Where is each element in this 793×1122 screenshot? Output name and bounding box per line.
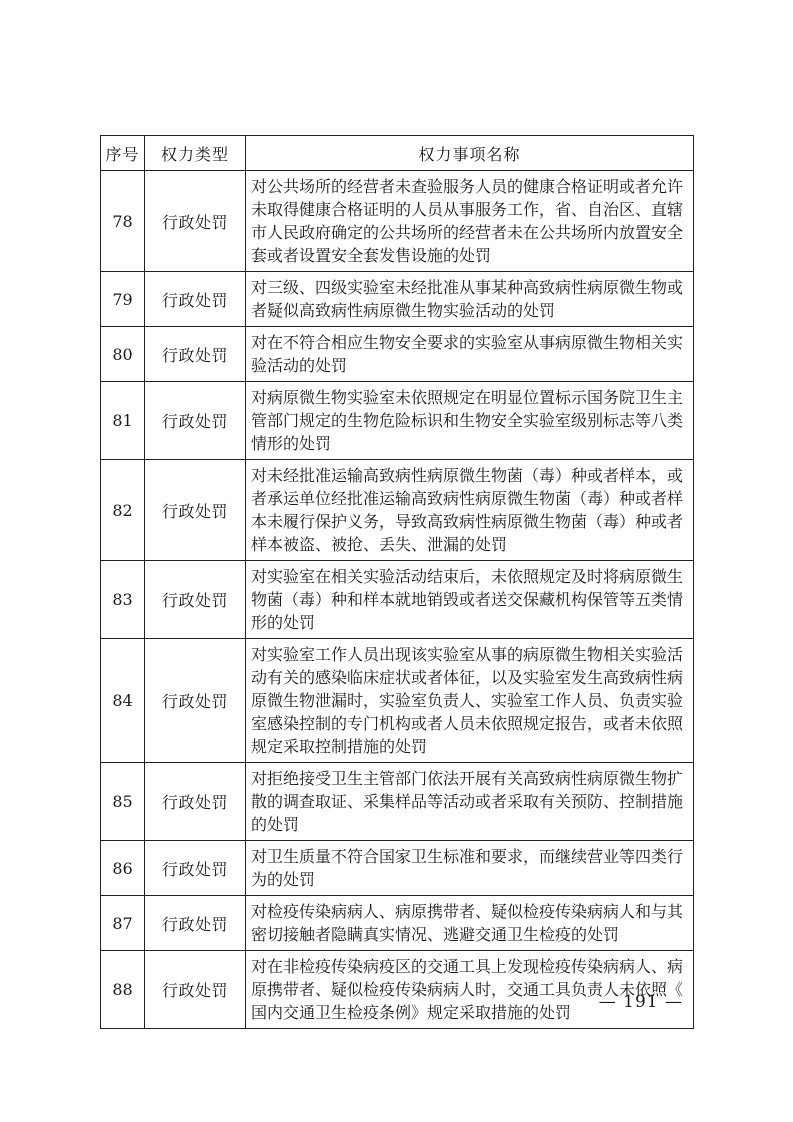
cell-no: 78 (101, 171, 145, 272)
document-page: 序号 权力类型 权力事项名称 78 行政处罚 对公共场所的经营者未查验服务人员的… (0, 0, 793, 1122)
power-items-table: 序号 权力类型 权力事项名称 78 行政处罚 对公共场所的经营者未查验服务人员的… (100, 135, 694, 1029)
cell-power-type: 行政处罚 (145, 639, 246, 763)
cell-no: 80 (101, 327, 145, 382)
cell-no: 82 (101, 460, 145, 561)
cell-no: 79 (101, 272, 145, 327)
cell-power-item-name: 对实验室在相关实验活动结束后，未依照规定及时将病原微生物菌（毒）种和样本就地销毁… (246, 561, 694, 639)
table-row: 82 行政处罚 对未经批准运输高致病性病原微生物菌（毒）种或者样本，或者承运单位… (101, 460, 694, 561)
table-row: 78 行政处罚 对公共场所的经营者未查验服务人员的健康合格证明或者允许未取得健康… (101, 171, 694, 272)
table-row: 80 行政处罚 对在不符合相应生物安全要求的实验室从事病原微生物相关实验活动的处… (101, 327, 694, 382)
header-row: 序号 权力类型 权力事项名称 (101, 136, 694, 171)
cell-no: 84 (101, 639, 145, 763)
table-row: 86 行政处罚 对卫生质量不符合国家卫生标准和要求，而继续营业等四类行为的处罚 (101, 841, 694, 896)
cell-power-type: 行政处罚 (145, 561, 246, 639)
cell-power-type: 行政处罚 (145, 896, 246, 951)
cell-no: 86 (101, 841, 145, 896)
header-cell-type: 权力类型 (145, 136, 246, 171)
cell-power-item-name: 对拒绝接受卫生主管部门依法开展有关高致病性病原微生物扩散的调查取证、采集样品等活… (246, 763, 694, 841)
cell-power-type: 行政处罚 (145, 460, 246, 561)
cell-power-item-name: 对三级、四级实验室未经批准从事某种高致病性病原微生物或者疑似高致病性病原微生物实… (246, 272, 694, 327)
cell-power-type: 行政处罚 (145, 171, 246, 272)
cell-power-type: 行政处罚 (145, 382, 246, 460)
cell-no: 81 (101, 382, 145, 460)
cell-power-type: 行政处罚 (145, 951, 246, 1029)
cell-no: 85 (101, 763, 145, 841)
cell-power-item-name: 对检疫传染病病人、病原携带者、疑似检疫传染病病人和与其密切接触者隐瞒真实情况、逃… (246, 896, 694, 951)
cell-power-type: 行政处罚 (145, 763, 246, 841)
cell-power-item-name: 对实验室工作人员出现该实验室从事的病原微生物相关实验活动有关的感染临床症状或者体… (246, 639, 694, 763)
cell-power-item-name: 对病原微生物实验室未依照规定在明显位置标示国务院卫生主管部门规定的生物危险标识和… (246, 382, 694, 460)
header-cell-no: 序号 (101, 136, 145, 171)
cell-no: 87 (101, 896, 145, 951)
cell-power-type: 行政处罚 (145, 327, 246, 382)
page-number: — 191 — (599, 992, 683, 1012)
table-row: 85 行政处罚 对拒绝接受卫生主管部门依法开展有关高致病性病原微生物扩散的调查取… (101, 763, 694, 841)
cell-no: 83 (101, 561, 145, 639)
table-row: 81 行政处罚 对病原微生物实验室未依照规定在明显位置标示国务院卫生主管部门规定… (101, 382, 694, 460)
cell-power-item-name: 对公共场所的经营者未查验服务人员的健康合格证明或者允许未取得健康合格证明的人员从… (246, 171, 694, 272)
table-row: 83 行政处罚 对实验室在相关实验活动结束后，未依照规定及时将病原微生物菌（毒）… (101, 561, 694, 639)
cell-power-item-name: 对卫生质量不符合国家卫生标准和要求，而继续营业等四类行为的处罚 (246, 841, 694, 896)
cell-power-type: 行政处罚 (145, 841, 246, 896)
table-row: 87 行政处罚 对检疫传染病病人、病原携带者、疑似检疫传染病病人和与其密切接触者… (101, 896, 694, 951)
cell-power-item-name: 对未经批准运输高致病性病原微生物菌（毒）种或者样本，或者承运单位经批准运输高致病… (246, 460, 694, 561)
cell-power-item-name: 对在非检疫传染病疫区的交通工具上发现检疫传染病病人、病原携带者、疑似检疫传染病病… (246, 951, 694, 1029)
cell-power-item-name: 对在不符合相应生物安全要求的实验室从事病原微生物相关实验活动的处罚 (246, 327, 694, 382)
cell-power-type: 行政处罚 (145, 272, 246, 327)
table-row: 84 行政处罚 对实验室工作人员出现该实验室从事的病原微生物相关实验活动有关的感… (101, 639, 694, 763)
header-cell-name: 权力事项名称 (246, 136, 694, 171)
cell-no: 88 (101, 951, 145, 1029)
table-row: 88 行政处罚 对在非检疫传染病疫区的交通工具上发现检疫传染病病人、病原携带者、… (101, 951, 694, 1029)
table-row: 79 行政处罚 对三级、四级实验室未经批准从事某种高致病性病原微生物或者疑似高致… (101, 272, 694, 327)
